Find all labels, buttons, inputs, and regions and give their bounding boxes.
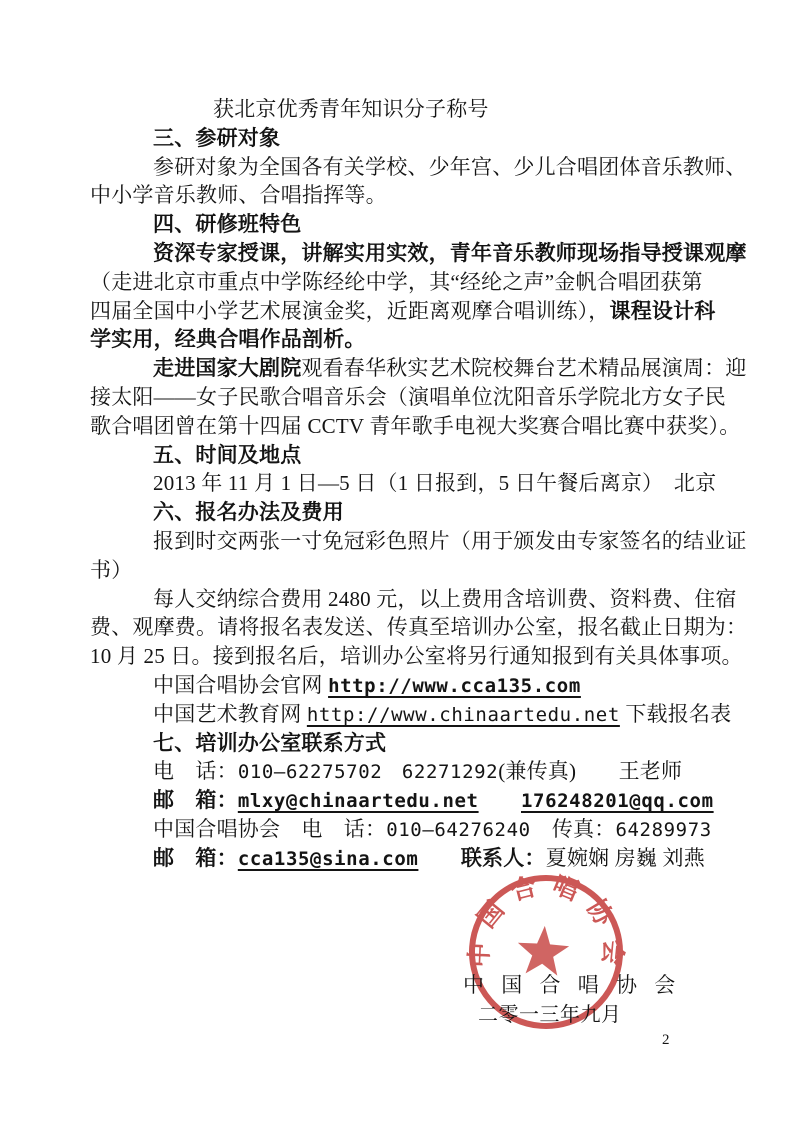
section-heading: 七、培训办公室联系方式 xyxy=(90,729,708,758)
text-segment xyxy=(479,788,521,812)
text-line: 费、观摩费。请将报名表发送、传真至培训办公室，报名截止日期为： xyxy=(90,613,708,642)
text-segment: 中国艺术教育网 xyxy=(153,702,307,726)
text-line: 歌合唱团曾在第十四届 CCTV 青年歌手电视大奖赛合唱比赛中获奖）。 xyxy=(90,412,708,441)
text-line: 参研对象为全国各有关学校、少年宫、少儿合唱团体音乐教师、 xyxy=(90,153,708,182)
text-line: 2013 年 11 月 1 日—5 日（1 日报到，5 日午餐后离京） 北京 xyxy=(90,469,708,498)
text-segment: 书） xyxy=(90,558,132,582)
text-line: 中国合唱协会官网 http://www.cca135.com xyxy=(90,671,708,700)
text-segment: 010—62275702 62271292 xyxy=(238,761,498,783)
signature-date: 二零一三年九月 xyxy=(478,998,622,1027)
text-segment: 64289973 xyxy=(615,819,711,841)
text-segment: 五、时间及地点 xyxy=(153,443,301,467)
text-segment: 中国合唱协会官网 xyxy=(153,673,328,697)
text-segment: 课程设计科 xyxy=(610,299,716,323)
text-segment: 10 月 25 日。接到报名后，培训办公室将另行通知报到有关具体事项。 xyxy=(90,644,743,668)
cca-official-site-link[interactable]: http://www.cca135.com xyxy=(328,675,581,697)
text-segment: 电 话： xyxy=(153,759,238,783)
section-heading: 四、研修班特色 xyxy=(90,210,708,239)
text-segment: 下载报名表 xyxy=(620,702,731,726)
text-line: 10 月 25 日。接到报名后，培训办公室将另行通知报到有关具体事项。 xyxy=(90,642,708,671)
text-line: 获北京优秀青年知识分子称号 xyxy=(90,95,708,124)
email-qq-link[interactable]: 176248201@qq.com xyxy=(521,790,714,812)
text-segment: 王老师 xyxy=(576,759,682,783)
text-segment: 010—64276240 xyxy=(386,819,530,841)
text-line: 学实用，经典合唱作品剖析。 xyxy=(90,325,708,354)
text-line: 每人交纳综合费用 2480 元，以上费用含培训费、资料费、住宿 xyxy=(90,585,708,614)
text-segment: 2013 年 11 月 1 日—5 日（1 日报到，5 日午餐后离京） 北京 xyxy=(153,471,716,495)
text-segment: 邮 箱： xyxy=(153,846,238,870)
chinaartedu-site-link[interactable]: http://www.chinaartedu.net xyxy=(307,704,620,726)
text-line: （走进北京市重点中学陈经纶中学，其“经纶之声”金帆合唱团获第 xyxy=(90,268,708,297)
text-segment: 费、观摩费。请将报名表发送、传真至培训办公室，报名截止日期为： xyxy=(90,615,747,639)
page-number: 2 xyxy=(662,1032,670,1049)
signature-org: 中 国 合 唱 协 会 xyxy=(463,969,681,999)
document-lines: 获北京优秀青年知识分子称号三、参研对象参研对象为全国各有关学校、少年宫、少儿合唱… xyxy=(90,95,708,873)
text-segment: 资深专家授课，讲解实用实效，青年音乐教师现场指导授课观摩 xyxy=(153,241,747,265)
section-heading: 三、参研对象 xyxy=(90,124,708,153)
text-line: 中小学音乐教师、合唱指挥等。 xyxy=(90,181,708,210)
text-segment: 走进国家大剧院 xyxy=(153,356,301,380)
text-line: 接太阳——女子民歌合唱音乐会（演唱单位沈阳音乐学院北方女子民 xyxy=(90,383,708,412)
email-mlxy-link[interactable]: mlxy@chinaartedu.net xyxy=(238,790,479,812)
email-cca135-link[interactable]: cca135@sina.com xyxy=(238,848,419,870)
text-line: 邮 箱：mlxy@chinaartedu.net 176248201@qq.co… xyxy=(90,786,708,815)
document-page: 获北京优秀青年知识分子称号三、参研对象参研对象为全国各有关学校、少年宫、少儿合唱… xyxy=(0,0,793,1123)
text-segment: 六、报名办法及费用 xyxy=(153,500,344,524)
text-line: 四届全国中小学艺术展演金奖，近距离观摩合唱训练），课程设计科 xyxy=(90,297,708,326)
text-segment: 参研对象为全国各有关学校、少年宫、少儿合唱团体音乐教师、 xyxy=(153,155,747,179)
section-heading: 五、时间及地点 xyxy=(90,441,708,470)
text-segment: 邮 箱： xyxy=(153,788,238,812)
text-line: 报到时交两张一寸免冠彩色照片（用于颁发由专家签名的结业证 xyxy=(90,527,708,556)
text-segment: 学实用，经典合唱作品剖析。 xyxy=(90,327,366,351)
text-segment: 获北京优秀青年知识分子称号 xyxy=(213,97,489,121)
text-segment: 中国合唱协会 电 话： xyxy=(153,817,386,841)
text-segment: （走进北京市重点中学陈经纶中学，其“经纶之声”金帆合唱团获第 xyxy=(90,270,703,294)
text-segment xyxy=(418,846,460,870)
text-segment: (兼传真) xyxy=(498,759,576,783)
text-line: 中国艺术教育网 http://www.chinaartedu.net 下载报名表 xyxy=(90,700,708,729)
text-segment: 三、参研对象 xyxy=(153,126,280,150)
text-segment: 歌合唱团曾在第十四届 CCTV 青年歌手电视大奖赛合唱比赛中获奖）。 xyxy=(90,414,740,438)
text-line: 走进国家大剧院观看春华秋实艺术院校舞台艺术精品展演周：迎 xyxy=(90,354,708,383)
text-segment: 观看春华秋实艺术院校舞台艺术精品展演周：迎 xyxy=(301,356,746,380)
text-line: 中国合唱协会 电 话：010—64276240 传真：64289973 xyxy=(90,815,708,844)
text-line: 电 话：010—62275702 62271292(兼传真) 王老师 xyxy=(90,757,708,786)
text-segment: 传真： xyxy=(531,817,616,841)
text-segment: 报到时交两张一寸免冠彩色照片（用于颁发由专家签名的结业证 xyxy=(153,529,747,553)
text-segment: 每人交纳综合费用 2480 元，以上费用含培训费、资料费、住宿 xyxy=(153,587,737,611)
text-line: 书） xyxy=(90,556,708,585)
section-heading: 六、报名办法及费用 xyxy=(90,498,708,527)
text-segment: 四届全国中小学艺术展演金奖，近距离观摩合唱训练）， xyxy=(90,299,610,323)
text-segment: 中小学音乐教师、合唱指挥等。 xyxy=(90,183,387,207)
text-line: 资深专家授课，讲解实用实效，青年音乐教师现场指导授课观摩 xyxy=(90,239,708,268)
text-segment: 七、培训办公室联系方式 xyxy=(153,731,386,755)
text-segment: 四、研修班特色 xyxy=(153,212,301,236)
text-segment: 接太阳——女子民歌合唱音乐会（演唱单位沈阳音乐学院北方女子民 xyxy=(90,385,726,409)
